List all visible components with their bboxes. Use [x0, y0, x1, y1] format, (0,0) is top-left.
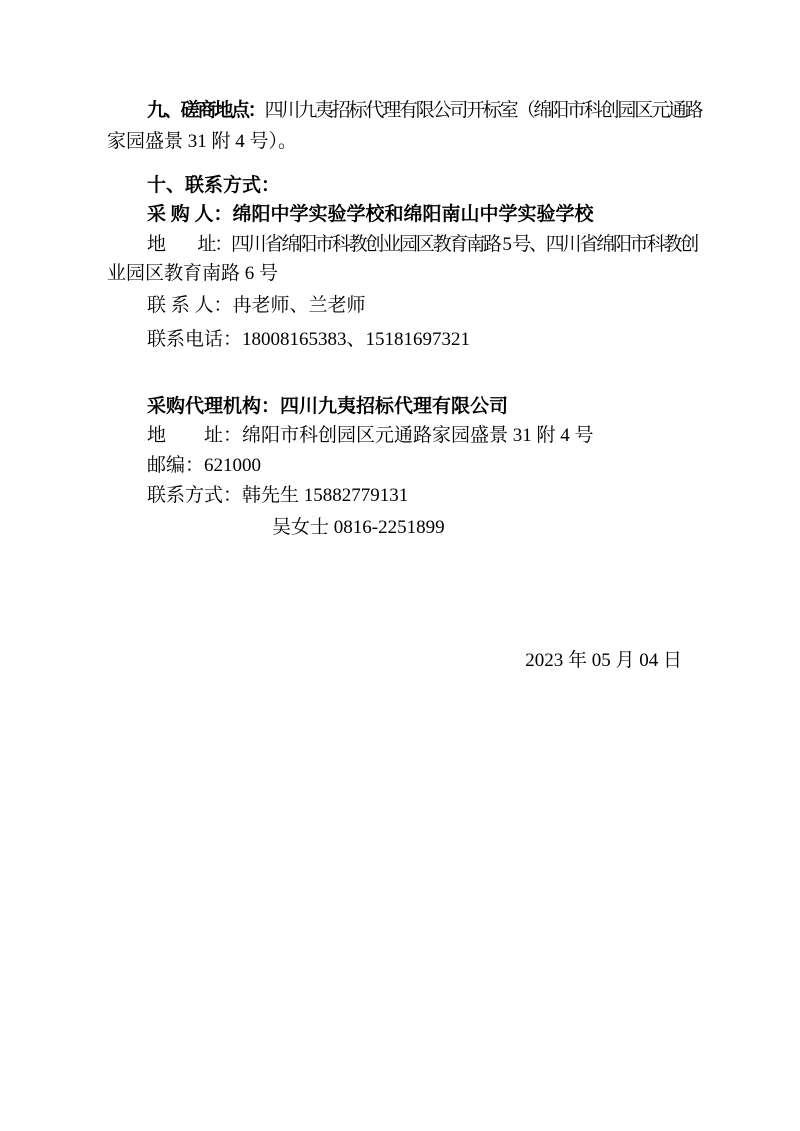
agency-contact-line2: 吴女士 0816-2251899 — [107, 513, 800, 543]
section9-label: 九、磋商地点： — [147, 100, 265, 121]
agency-contact-line1: 联系方式：韩先生 15882779131 — [107, 481, 707, 511]
purchaser-name-line: 采 购 人：绵阳中学实验学校和绵阳南山中学实验学校 — [107, 200, 707, 230]
agency-address-line: 地 址：绵阳市科创园区元通路家园盛景 31 附 4 号 — [107, 421, 707, 451]
purchaser-address-line2: 业园区教育南路 6 号 — [107, 259, 707, 289]
section9-line1-text: 四川九夷招标代理有限公司开标室（绵阳市科创园区元通路 — [265, 100, 702, 121]
purchaser-phone-line: 联系电话：18008165383、15181697321 — [107, 325, 707, 355]
purchaser-contact-line: 联 系 人：冉老师、兰老师 — [107, 291, 707, 321]
section9-line2: 家园盛景 31 附 4 号）。 — [107, 127, 707, 157]
document-date: 2023 年 05 月 04 日 — [525, 646, 682, 676]
agency-postcode-line: 邮编：621000 — [107, 451, 707, 481]
section10-heading: 十、联系方式： — [107, 171, 707, 201]
document-page: 九、磋商地点：四川九夷招标代理有限公司开标室（绵阳市科创园区元通路 家园盛景 3… — [0, 0, 800, 1131]
agency-name-line: 采购代理机构：四川九夷招标代理有限公司 — [107, 392, 707, 422]
section9-line1: 九、磋商地点：四川九夷招标代理有限公司开标室（绵阳市科创园区元通路 — [107, 96, 707, 126]
purchaser-address-line1: 地 址：四川省绵阳市科教创业园区教育南路 5 号、四川省绵阳市科教创 — [107, 230, 707, 260]
